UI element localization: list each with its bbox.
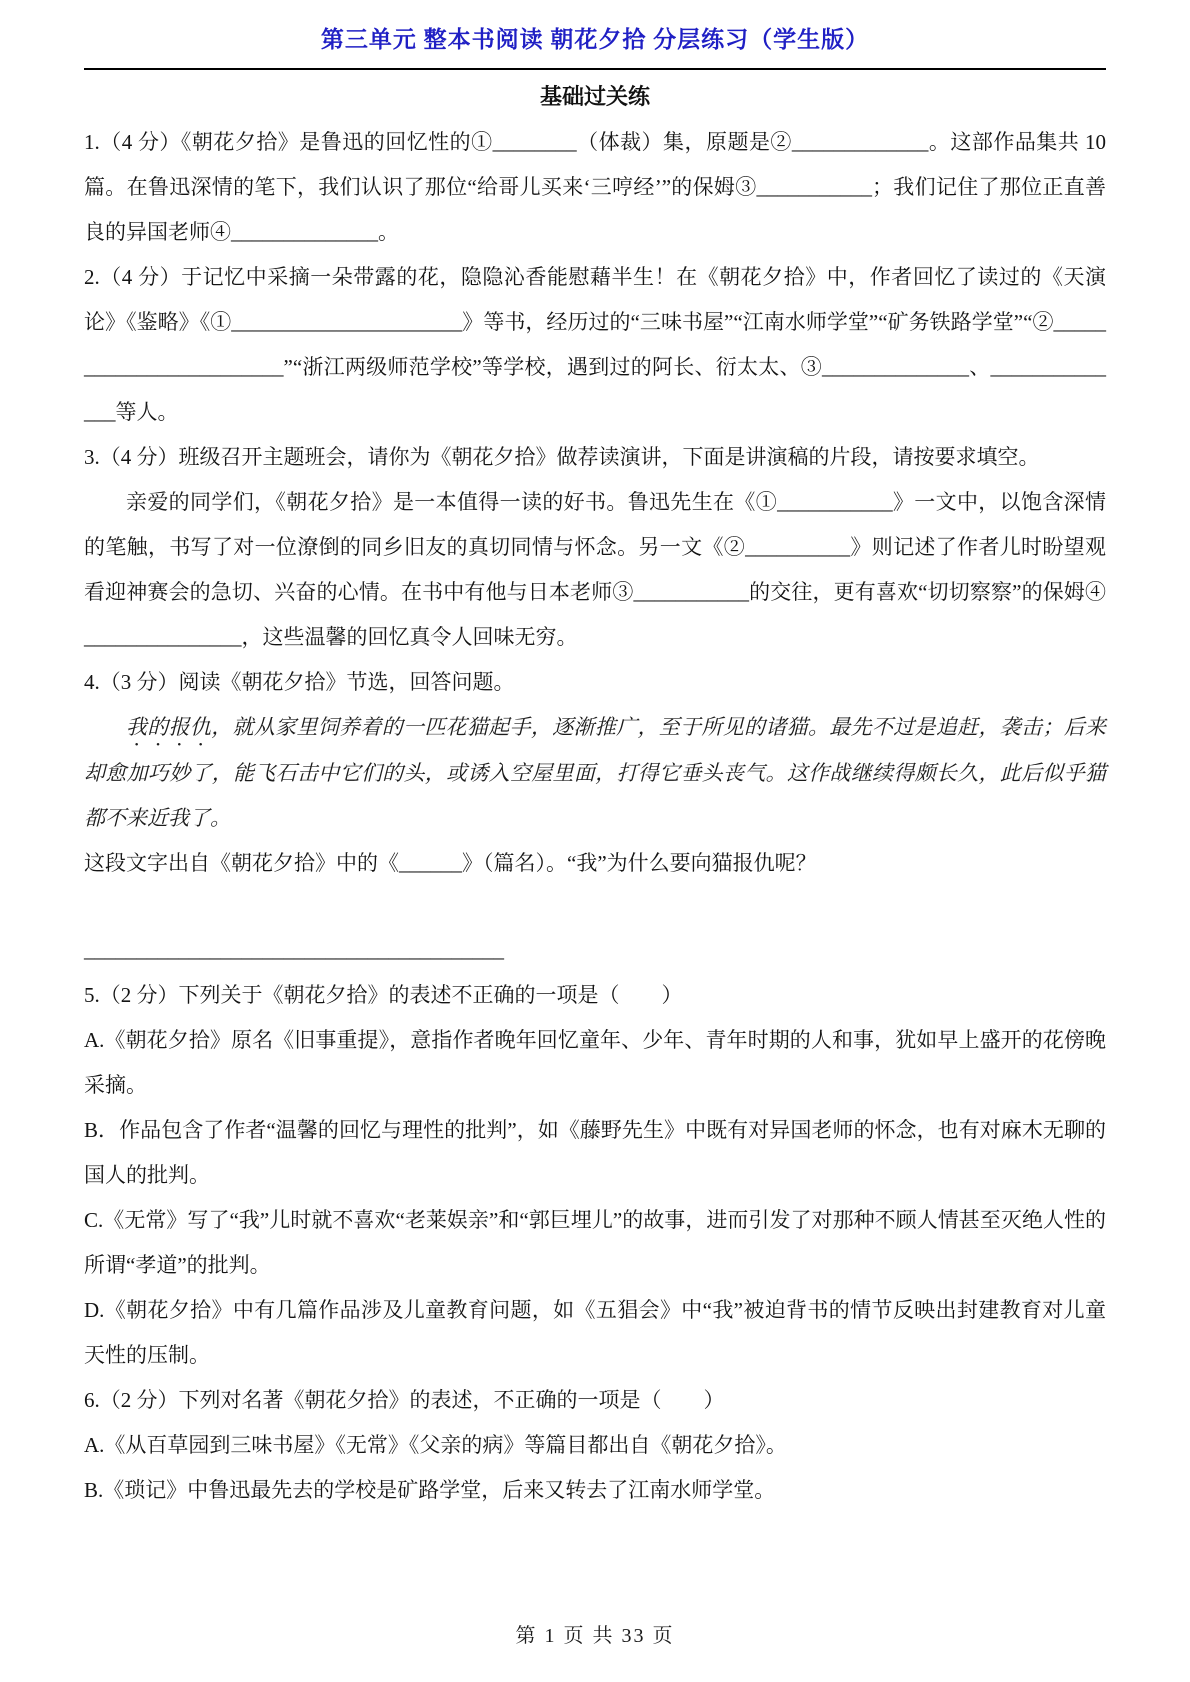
document-footer: 第 1 页 共 33 页: [0, 1619, 1190, 1648]
question-4-prompt: 这段文字出自《朝花夕拾》中的《______》（篇名）。“我”为什么要向猫报仇呢？: [84, 841, 1106, 886]
question-3-body: 亲爱的同学们，《朝花夕拾》是一本值得一读的好书。鲁迅先生在《①_________…: [84, 480, 1106, 660]
question-6-option-a: A.《从百草园到三味书屋》《无常》《父亲的病》等篇目都出自《朝花夕拾》。: [84, 1423, 1106, 1468]
document-page: 第三单元 整本书阅读 朝花夕拾 分层练习（学生版） 基础过关练 1.（4 分）《…: [0, 0, 1190, 1682]
question-1: 1.（4 分）《朝花夕拾》是鲁迅的回忆性的①________（体裁）集，原题是②…: [84, 120, 1106, 255]
question-5-option-c: C.《无常》写了“我”儿时就不喜欢“老莱娱亲”和“郭巨埋儿”的故事，进而引发了对…: [84, 1198, 1106, 1288]
emphasized-phrase: 我的报仇: [126, 715, 211, 739]
question-5-stem: 5.（2 分）下列关于《朝花夕拾》的表述不正确的一项是（ ）: [84, 973, 1106, 1018]
document-title: 第三单元 整本书阅读 朝花夕拾 分层练习（学生版）: [84, 24, 1106, 56]
question-5-option-b: B．作品包含了作者“温馨的回忆与理性的批判”，如《藤野先生》中既有对异国老师的怀…: [84, 1108, 1106, 1198]
passage-text: ，就从家里饲养着的一匹花猫起手，逐渐推广，至于所见的诸猫。最先不过是追赶，袭击；…: [84, 715, 1106, 830]
question-3-stem: 3.（4 分）班级召开主题班会，请你为《朝花夕拾》做荐读演讲，下面是讲演稿的片段…: [84, 435, 1106, 480]
page-number: 第 1 页 共 33 页: [0, 1619, 1190, 1648]
question-6-option-b: B.《琐记》中鲁迅最先去的学校是矿路学堂，后来又转去了江南水师学堂。: [84, 1468, 1106, 1513]
section-heading: 基础过关练: [84, 80, 1106, 114]
question-2: 2.（4 分）于记忆中采摘一朵带露的花，隐隐沁香能慰藉半生！在《朝花夕拾》中，作…: [84, 255, 1106, 435]
question-6-stem: 6.（2 分）下列对名著《朝花夕拾》的表述，不正确的一项是（ ）: [84, 1378, 1106, 1423]
document-body: 基础过关练 1.（4 分）《朝花夕拾》是鲁迅的回忆性的①________（体裁）…: [84, 80, 1106, 1513]
question-4-stem: 4.（3 分）阅读《朝花夕拾》节选，回答问题。: [84, 660, 1106, 705]
question-5-option-d: D.《朝花夕拾》中有几篇作品涉及儿童教育问题，如《五猖会》中“我”被迫背书的情节…: [84, 1288, 1106, 1378]
question-5-option-a: A.《朝花夕拾》原名《旧事重提》，意指作者晚年回忆童年、少年、青年时期的人和事，…: [84, 1018, 1106, 1108]
question-4-passage: 我的报仇，就从家里饲养着的一匹花猫起手，逐渐推广，至于所见的诸猫。最先不过是追赶…: [84, 705, 1106, 841]
answer-blank-line: ________________________________________: [84, 928, 1106, 973]
document-header: 第三单元 整本书阅读 朝花夕拾 分层练习（学生版）: [84, 24, 1106, 70]
